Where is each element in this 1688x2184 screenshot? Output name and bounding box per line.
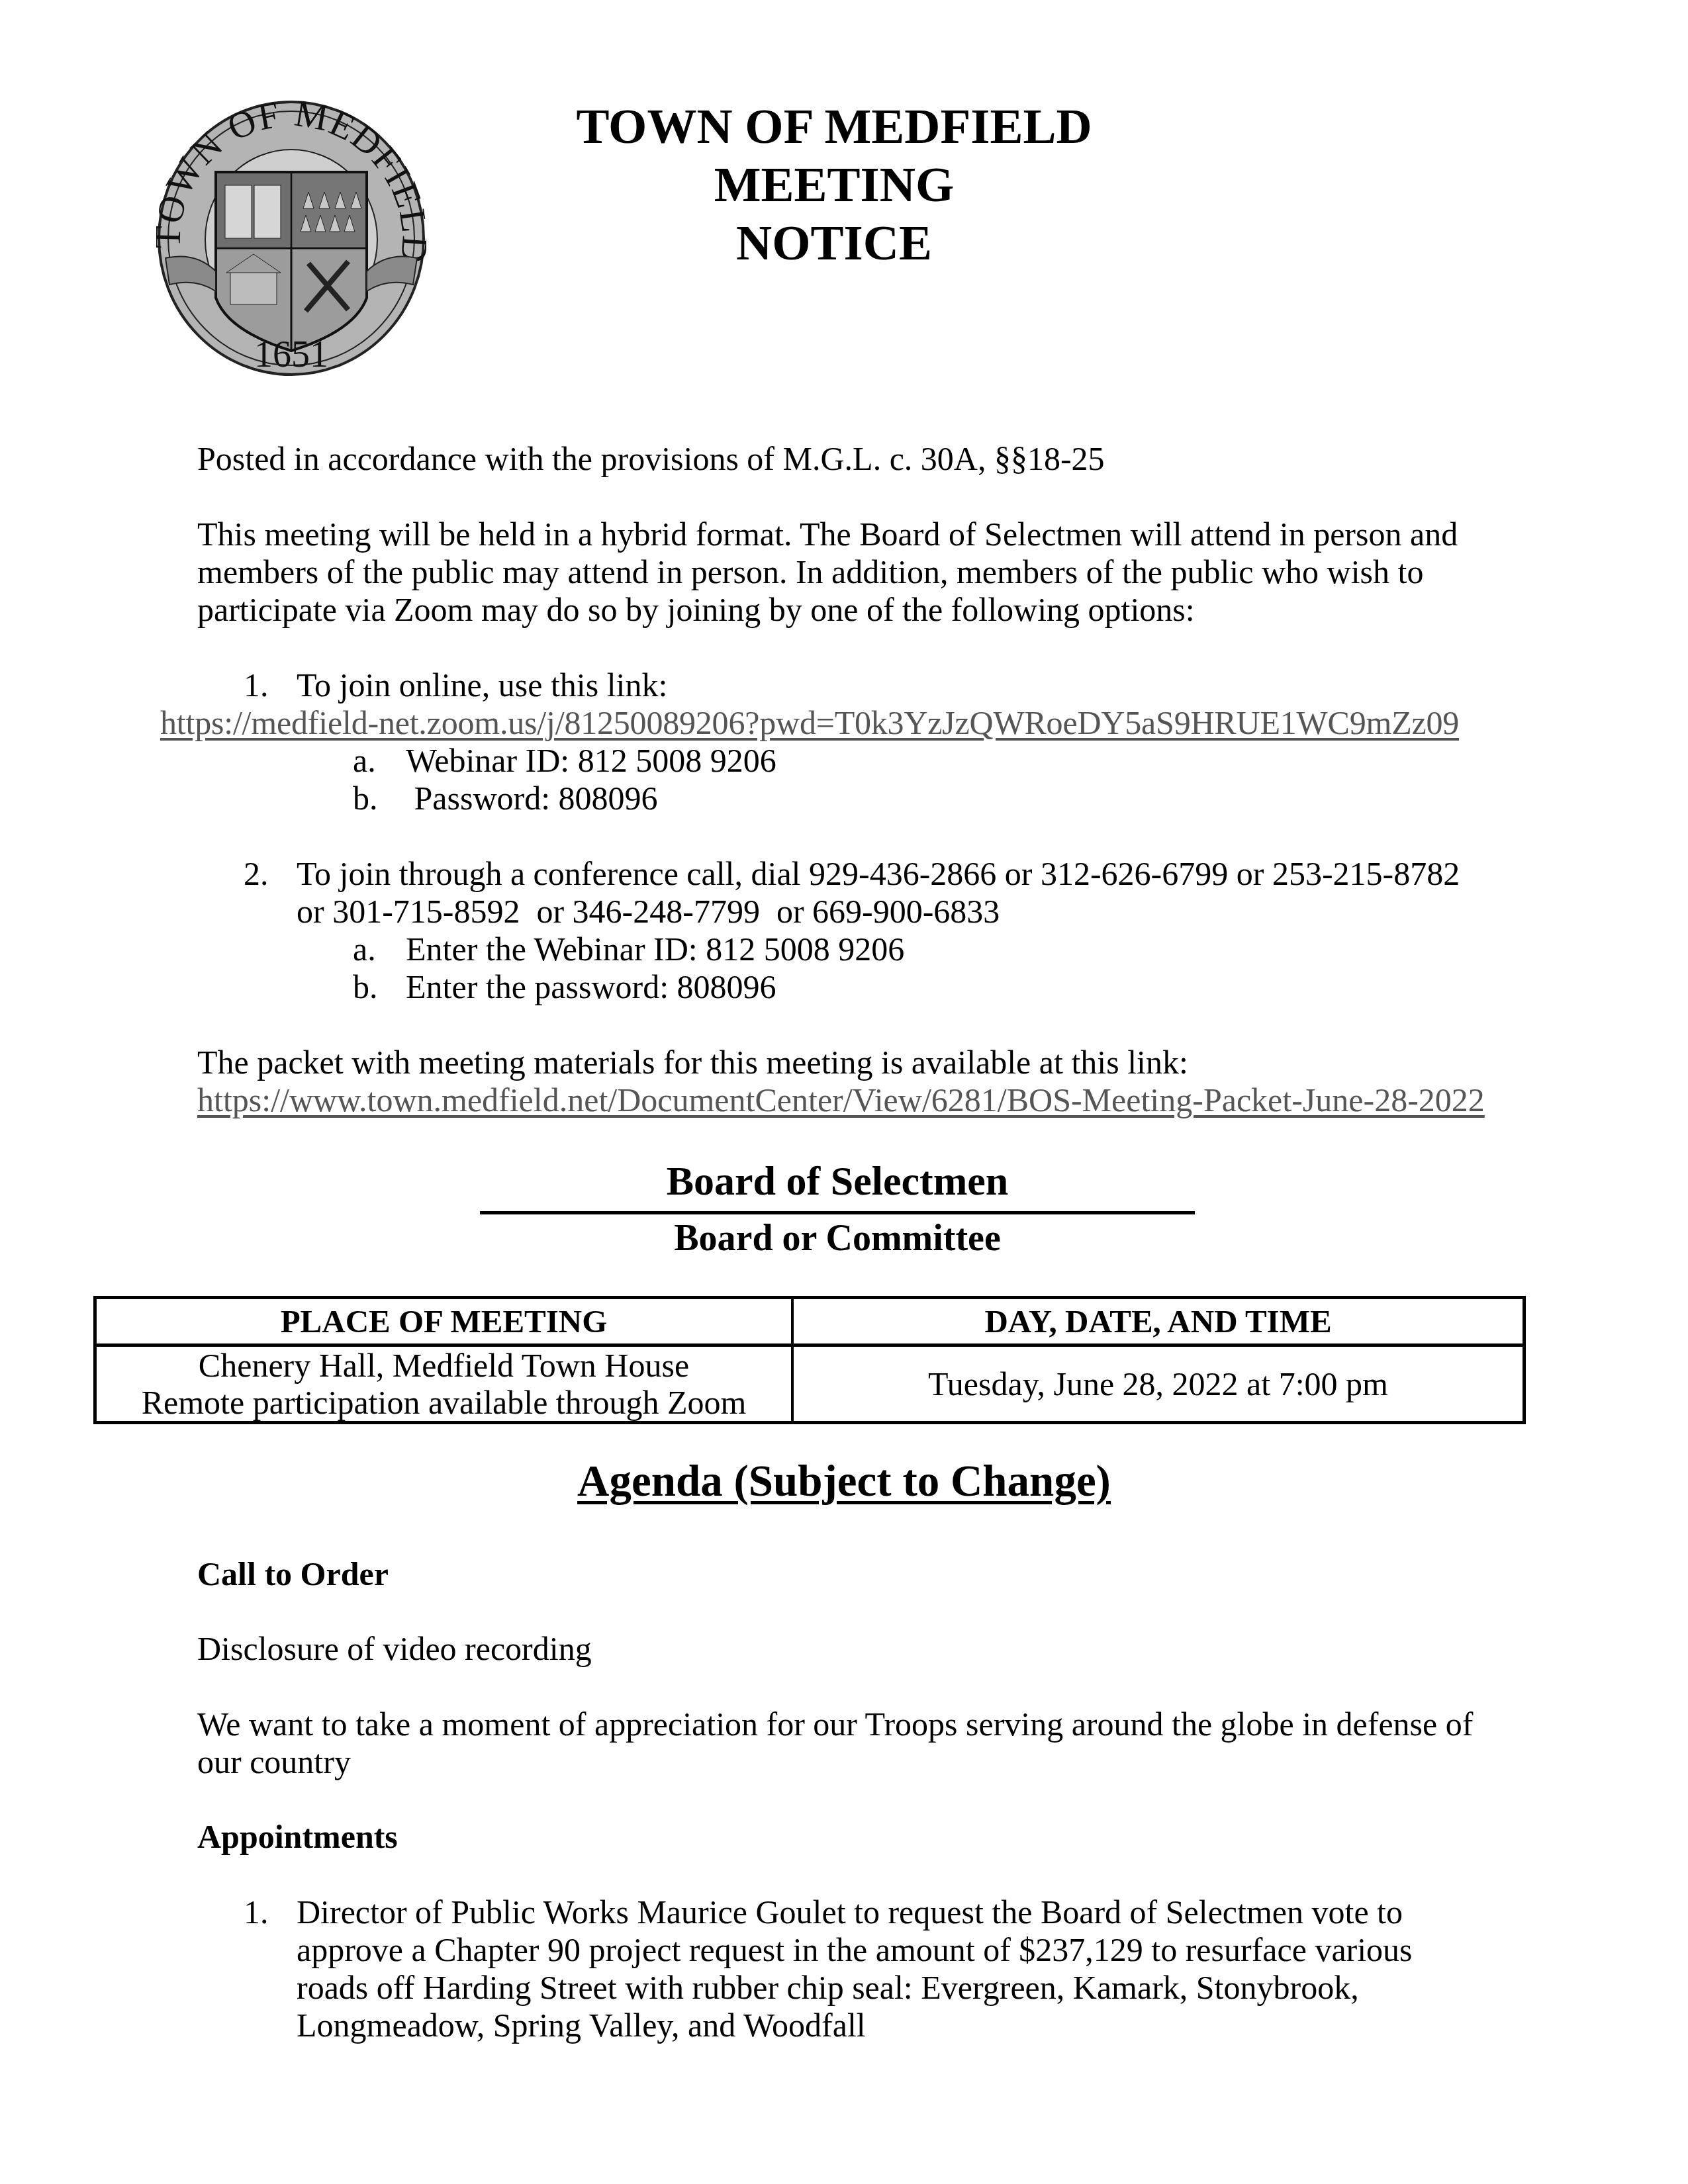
svg-text:1651: 1651 xyxy=(254,334,328,375)
appointment-text: Director of Public Works Maurice Goulet … xyxy=(297,1893,1413,2044)
appointment-line: Longmeadow, Spring Valley, and Woodfall xyxy=(297,2007,1413,2044)
sub-item-label: a. xyxy=(353,931,376,968)
option-text: To join online, use this link: xyxy=(297,666,667,704)
appreciation-item: We want to take a moment of appreciation… xyxy=(197,1706,1473,1781)
datetime-cell: Tuesday, June 28, 2022 at 7:00 pm xyxy=(794,1347,1523,1421)
header-place: PLACE OF MEETING xyxy=(97,1299,791,1343)
title-line-notice: NOTICE xyxy=(503,214,1165,273)
sub-item-label: b. xyxy=(353,780,378,817)
title-line-town: TOWN OF MEDFIELD xyxy=(503,98,1165,156)
paragraph-line: We want to take a moment of appreciation… xyxy=(197,1706,1473,1743)
agenda-title: Agenda (Subject to Change) xyxy=(0,1455,1688,1508)
option-text-line: To join through a conference call, dial … xyxy=(297,855,1460,893)
appointment-line: approve a Chapter 90 project request in … xyxy=(297,1931,1413,1969)
appointment-line: Director of Public Works Maurice Goulet … xyxy=(297,1893,1413,1931)
place-line: Chenery Hall, Medfield Town House xyxy=(142,1347,747,1384)
place-line: Remote participation available through Z… xyxy=(142,1384,747,1421)
password-text: Password: 808096 xyxy=(406,780,658,817)
webinar-id-text: Webinar ID: 812 5008 9206 xyxy=(406,742,776,780)
header-datetime: DAY, DATE, AND TIME xyxy=(794,1299,1523,1343)
call-to-order: Call to Order xyxy=(197,1555,389,1593)
notice-title: TOWN OF MEDFIELD MEETING NOTICE xyxy=(503,98,1165,273)
posted-notice: Posted in accordance with the provisions… xyxy=(197,440,1105,478)
board-name: Board of Selectmen xyxy=(480,1155,1195,1208)
board-underline xyxy=(480,1211,1195,1214)
town-seal-icon: TOWN OF MEDFIELD 1651 xyxy=(156,99,426,377)
appointment-number: 1. xyxy=(244,1893,269,1931)
appointments-heading: Appointments xyxy=(197,1818,398,1856)
paragraph-line: members of the public may attend in pers… xyxy=(197,553,1458,591)
appointment-line: roads off Harding Street with rubber chi… xyxy=(297,1969,1413,2007)
zoom-join-link[interactable]: https://medfield-net.zoom.us/j/812500892… xyxy=(160,704,1459,742)
disclosure-item: Disclosure of video recording xyxy=(197,1630,592,1668)
hybrid-format-paragraph: This meeting will be held in a hybrid fo… xyxy=(197,516,1458,629)
board-label: Board or Committee xyxy=(480,1215,1195,1261)
sub-item-label: a. xyxy=(353,742,376,780)
title-line-meeting: MEETING xyxy=(503,156,1165,214)
paragraph-line: This meeting will be held in a hybrid fo… xyxy=(197,516,1458,553)
packet-text: The packet with meeting materials for th… xyxy=(197,1044,1188,1081)
password-text: Enter the password: 808096 xyxy=(406,968,776,1006)
meeting-info-table: PLACE OF MEETING DAY, DATE, AND TIME Che… xyxy=(93,1296,1526,1424)
sub-item-label: b. xyxy=(353,968,378,1006)
option-number: 2. xyxy=(244,855,269,893)
webinar-id-text: Enter the Webinar ID: 812 5008 9206 xyxy=(406,931,904,968)
option-number: 1. xyxy=(244,666,269,704)
paragraph-line: our country xyxy=(197,1743,1473,1781)
agenda-title-text: Agenda (Subject to Change) xyxy=(577,1457,1111,1506)
packet-link[interactable]: https://www.town.medfield.net/DocumentCe… xyxy=(197,1081,1485,1119)
place-cell: Chenery Hall, Medfield Town House Remote… xyxy=(97,1347,791,1421)
option-text-line: or 301-715-8592 or 346-248-7799 or 669-9… xyxy=(297,893,1000,931)
paragraph-line: participate via Zoom may do so by joinin… xyxy=(197,591,1458,629)
